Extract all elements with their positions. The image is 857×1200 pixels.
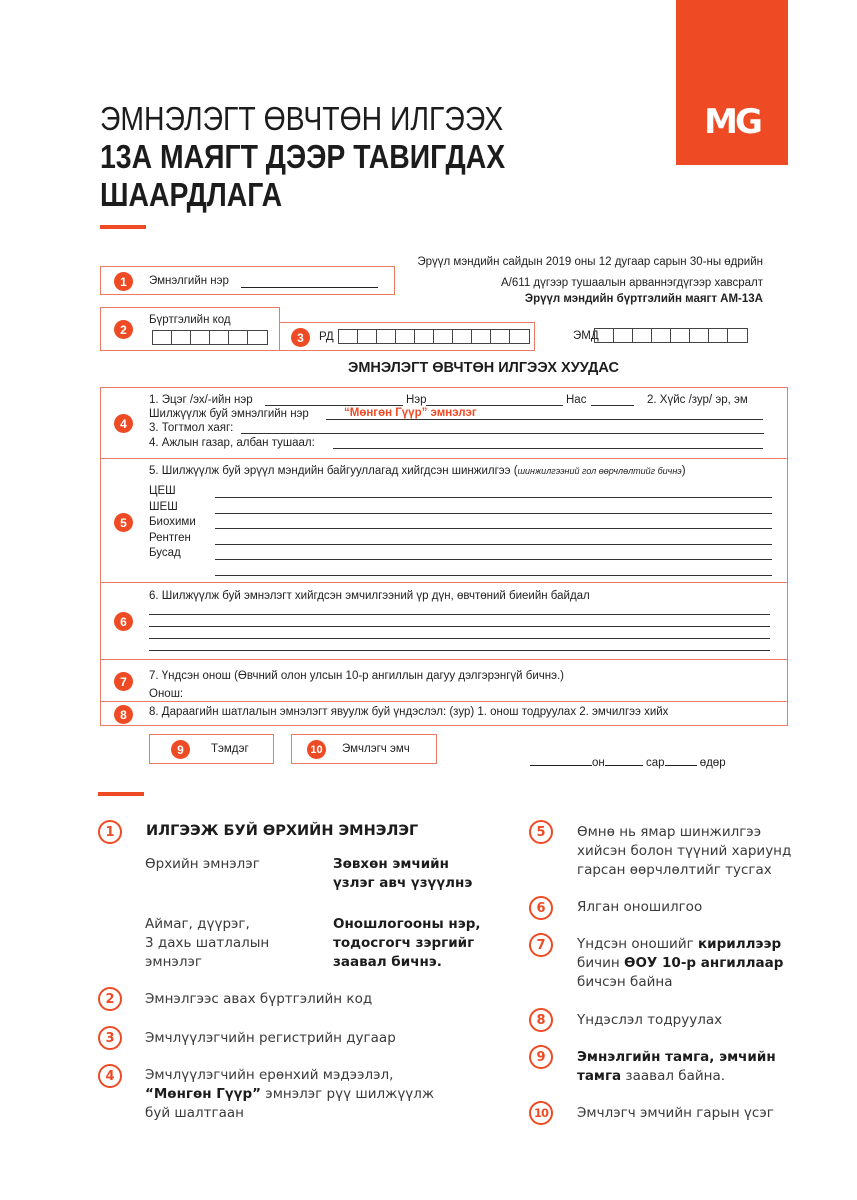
page-title-line3: ШААРДЛАГА bbox=[100, 176, 282, 214]
page-title-line2: 13А МАЯГТ ДЭЭР ТАВИГДАХ bbox=[100, 138, 505, 176]
rd-box: 3 РД bbox=[279, 322, 535, 351]
treatment-line-3[interactable] bbox=[149, 627, 770, 639]
rd-cell[interactable] bbox=[358, 330, 377, 343]
rd-cell[interactable] bbox=[339, 330, 358, 343]
legend-1-title: ИЛГЭЭЖ БУЙ ӨРХИЙН ЭМНЭЛЭГ bbox=[146, 823, 418, 839]
test-result-field[interactable] bbox=[215, 513, 772, 514]
emd-cell[interactable] bbox=[709, 329, 728, 342]
test-result-field[interactable] bbox=[215, 497, 772, 498]
rd-cells[interactable] bbox=[338, 329, 530, 344]
name-field[interactable] bbox=[426, 394, 563, 406]
rd-cell[interactable] bbox=[377, 330, 396, 343]
registration-code-box: 2 Бүртгэлийн код bbox=[100, 307, 280, 351]
legend-num-7: 7 bbox=[529, 933, 553, 957]
rd-cell[interactable] bbox=[453, 330, 472, 343]
legend-7-text: Үндсэн оношийг кириллээр бичин ӨОУ 10-р … bbox=[577, 935, 783, 992]
hospital-name-field[interactable] bbox=[241, 275, 378, 288]
form-title: ЭМНЭЛЭГТ ӨВЧТӨН ИЛГЭЭХ ХУУДАС bbox=[348, 360, 619, 376]
emd-cell[interactable] bbox=[595, 329, 614, 342]
legend-num-8: 8 bbox=[529, 1008, 553, 1032]
reference-line-2: А/611 дүгээр тушаалын арваннэгдүгээр хав… bbox=[501, 277, 763, 289]
section-treatment-result: 6 6. Шилжүүлж буй эмнэлэгт хийгдсэн эмчи… bbox=[100, 582, 788, 660]
logo-text: MG bbox=[676, 102, 788, 142]
badge-8: 8 bbox=[114, 705, 133, 724]
badge-6: 6 bbox=[114, 612, 133, 631]
section-diagnosis: 7 7. Үндсэн онош (Өвчний олон улсын 10-р… bbox=[100, 659, 788, 702]
legend-1-row1-right: Зөвхөн эмчийн үзлэг авч үзүүлнэ bbox=[333, 855, 472, 893]
tests-heading: 5. Шилжүүлж буй эрүүл мэндийн байгууллаг… bbox=[149, 465, 686, 477]
legend-1-row1-left: Өрхийн эмнэлэг bbox=[145, 855, 260, 874]
reference-line-1: Эрүүл мэндийн сайдын 2019 оны 12 дугаар … bbox=[417, 256, 763, 268]
name-label: Нэр bbox=[406, 394, 427, 406]
emd-cell[interactable] bbox=[633, 329, 652, 342]
emd-cell[interactable] bbox=[690, 329, 709, 342]
section-referral-reason: 8 8. Дараагийн шатлалын эмнэлэгт явуулж … bbox=[100, 701, 788, 726]
badge-2: 2 bbox=[114, 320, 133, 339]
legend-1-row2-right: Оношлогооны нэр, тодосгогч зэргийг заава… bbox=[333, 915, 481, 972]
rd-cell[interactable] bbox=[396, 330, 415, 343]
legend-num-1: 1 bbox=[98, 820, 122, 844]
father-name-field[interactable] bbox=[265, 394, 403, 406]
stamp-label: Тэмдэг bbox=[211, 743, 249, 755]
hospital-name-box: 1 Эмнэлгийн нэр bbox=[100, 266, 395, 295]
rd-cell[interactable] bbox=[434, 330, 453, 343]
work-field[interactable] bbox=[333, 437, 763, 449]
legend-num-10: 10 bbox=[529, 1101, 553, 1125]
title-accent-divider bbox=[100, 225, 146, 229]
hospital-name-label: Эмнэлгийн нэр bbox=[149, 275, 229, 287]
age-label: Нас bbox=[566, 394, 586, 406]
address-field[interactable] bbox=[241, 422, 764, 434]
doctor-label: Эмчлэгч эмч bbox=[342, 743, 410, 755]
treatment-line-4[interactable] bbox=[149, 639, 770, 651]
emd-cell[interactable] bbox=[614, 329, 633, 342]
test-label: Рентген bbox=[149, 532, 191, 544]
legend-3-text: Эмчлүүлэгчийн регистрийн дугаар bbox=[145, 1029, 396, 1048]
badge-4: 4 bbox=[114, 414, 133, 433]
badge-1: 1 bbox=[114, 272, 133, 291]
father-name-label: 1. Эцэг /эх/-ийн нэр bbox=[149, 394, 253, 406]
test-label: ШЕШ bbox=[149, 501, 178, 513]
legend-4-text: Эмчлүүлэгчийн ерөнхий мэдээлэл, “Мөнгөн … bbox=[145, 1066, 434, 1123]
test-label: Бусад bbox=[149, 547, 181, 559]
transfer-hospital-value: “Мөнгөн Гүүр” эмнэлэг bbox=[344, 407, 477, 419]
badge-9: 9 bbox=[171, 740, 190, 759]
registration-code-cell[interactable] bbox=[191, 331, 210, 344]
transfer-hospital-label: Шилжүүлж буй эмнэлгийн нэр bbox=[149, 408, 309, 420]
registration-code-cells[interactable] bbox=[152, 330, 268, 345]
diagnosis-heading: 7. Үндсэн онош (Өвчний олон улсын 10-р а… bbox=[149, 670, 564, 682]
registration-code-cell[interactable] bbox=[210, 331, 229, 344]
registration-code-cell[interactable] bbox=[248, 331, 267, 344]
rd-cell[interactable] bbox=[491, 330, 510, 343]
legend-num-6: 6 bbox=[529, 896, 553, 920]
reference-form-code: Эрүүл мэндийн бүртгэлийн маягт АМ-13А bbox=[525, 293, 763, 305]
legend-accent-divider bbox=[98, 792, 144, 796]
registration-code-cell[interactable] bbox=[153, 331, 172, 344]
brand-logo: MG bbox=[676, 0, 788, 165]
legend-num-2: 2 bbox=[98, 987, 122, 1011]
section-tests: 5 5. Шилжүүлж буй эрүүл мэндийн байгуулл… bbox=[100, 458, 788, 583]
referral-reason-text: 8. Дараагийн шатлалын эмнэлэгт явуулж бу… bbox=[149, 706, 668, 718]
rd-cell[interactable] bbox=[415, 330, 434, 343]
rd-cell[interactable] bbox=[510, 330, 529, 343]
legend-8-text: Үндэслэл тодруулах bbox=[577, 1011, 722, 1030]
badge-5: 5 bbox=[114, 513, 133, 532]
treatment-heading: 6. Шилжүүлж буй эмнэлэгт хийгдсэн эмчилг… bbox=[149, 590, 590, 602]
rd-cell[interactable] bbox=[472, 330, 491, 343]
work-label: 4. Ажлын газар, албан тушаал: bbox=[149, 437, 315, 449]
stamp-box[interactable]: 9 Тэмдэг bbox=[149, 734, 274, 764]
legend-5-text: Өмнө нь ямар шинжилгээ хийсэн болон түүн… bbox=[577, 823, 791, 880]
test-label: Биохими bbox=[149, 516, 196, 528]
registration-code-cell[interactable] bbox=[172, 331, 191, 344]
badge-7: 7 bbox=[114, 672, 133, 691]
test-result-field[interactable] bbox=[215, 559, 772, 560]
registration-code-label: Бүртгэлийн код bbox=[149, 314, 231, 326]
date-line[interactable]: он сар өдөр bbox=[530, 754, 726, 769]
treatment-line-1[interactable] bbox=[149, 603, 770, 615]
rd-label: РД bbox=[319, 331, 334, 343]
registration-code-cell[interactable] bbox=[229, 331, 248, 344]
test-result-field[interactable] bbox=[215, 544, 772, 545]
legend-10-text: Эмчлэгч эмчийн гарын үсэг bbox=[577, 1104, 774, 1123]
legend-num-4: 4 bbox=[98, 1064, 122, 1088]
section-patient-info: 4 1. Эцэг /эх/-ийн нэр Нэр Нас 2. Хүйс /… bbox=[100, 387, 788, 459]
legend-num-5: 5 bbox=[529, 820, 553, 844]
test-extra-line[interactable] bbox=[215, 575, 772, 576]
test-label: ЦЕШ bbox=[149, 485, 176, 497]
treatment-line-2[interactable] bbox=[149, 615, 770, 627]
legend-num-3: 3 bbox=[98, 1026, 122, 1050]
legend-6-text: Ялган оношилгоо bbox=[577, 898, 702, 917]
emd-cell[interactable] bbox=[652, 329, 671, 342]
emd-cell[interactable] bbox=[671, 329, 690, 342]
address-label: 3. Тогтмол хаяг: bbox=[149, 422, 233, 434]
badge-10: 10 bbox=[307, 740, 326, 759]
diagnosis-label: Онош: bbox=[149, 688, 183, 700]
page-title-line1: ЭМНЭЛЭГТ ӨВЧТӨН ИЛГЭЭХ bbox=[100, 100, 503, 138]
sex-label: 2. Хүйс /зур/ эр, эм bbox=[647, 394, 748, 406]
test-result-field[interactable] bbox=[215, 528, 772, 529]
badge-3: 3 bbox=[291, 328, 310, 347]
doctor-box[interactable]: 10 Эмчлэгч эмч bbox=[291, 734, 437, 764]
emd-cells[interactable] bbox=[594, 328, 748, 343]
legend-2-text: Эмнэлгээс авах бүртгэлийн код bbox=[145, 990, 372, 1009]
age-field[interactable] bbox=[591, 394, 634, 406]
legend-num-9: 9 bbox=[529, 1045, 553, 1069]
legend-1-row2-left: Аймаг, дүүрэг, 3 дахь шатлалын эмнэлэг bbox=[145, 915, 269, 972]
legend-9-text: Эмнэлгийн тамга, эмчийн тамга заавал бай… bbox=[577, 1048, 776, 1086]
emd-cell[interactable] bbox=[728, 329, 747, 342]
